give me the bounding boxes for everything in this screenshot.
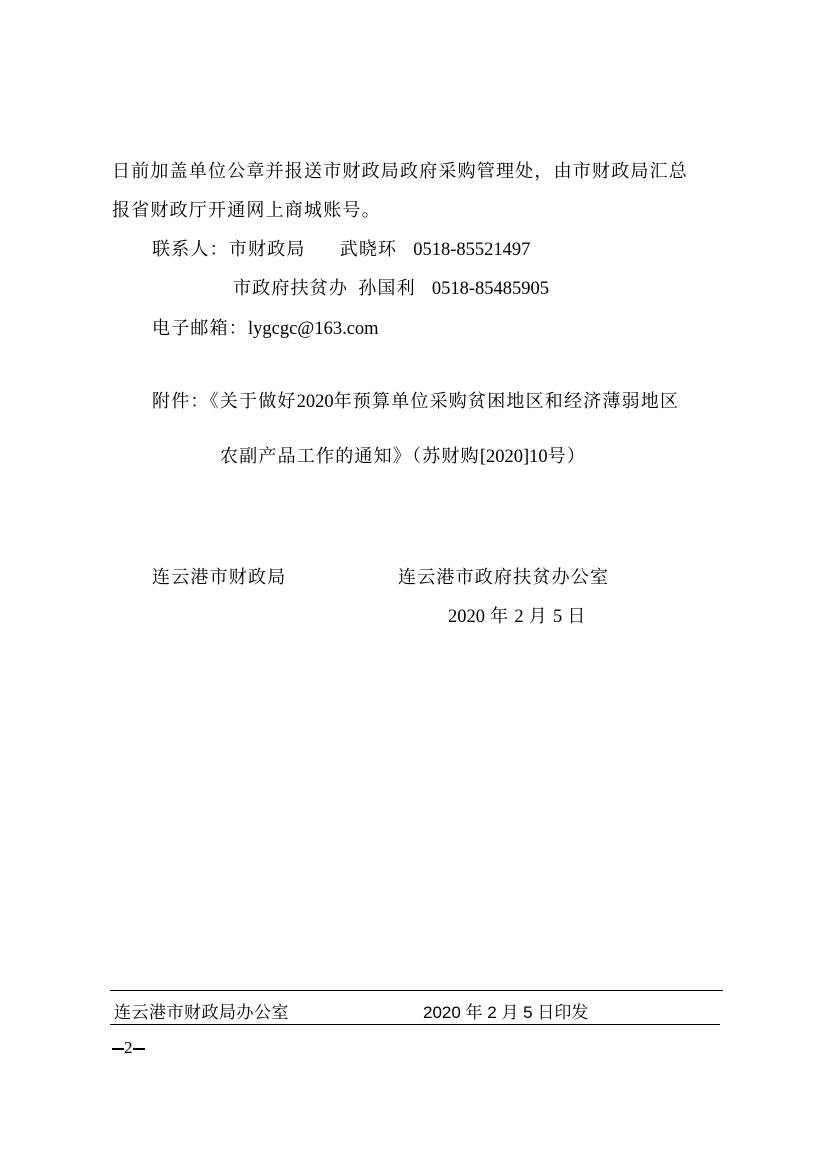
- date-unit: 月: [529, 606, 548, 627]
- attachment-title-part: 号）: [548, 446, 586, 467]
- page-number: 2: [112, 1038, 145, 1058]
- issuer-poverty-office: 连云港市政府扶贫办公室: [398, 563, 609, 589]
- date-unit: 年: [490, 606, 509, 627]
- attachment-label: 附件：: [152, 391, 210, 412]
- signature-date: 2020 年 2 月 5 日: [448, 602, 587, 628]
- email-label: 电子邮箱：: [152, 318, 248, 339]
- attachment-doc-ref: [2020]10: [480, 447, 548, 467]
- contact-org: 市财政局: [229, 239, 306, 260]
- contact-phone: 0518-85521497: [413, 240, 530, 260]
- attachment-title-year: 2020: [297, 392, 334, 412]
- dash-right: [133, 1048, 145, 1050]
- contact-phone: 0518-85485905: [432, 279, 549, 299]
- contact-org: 市政府扶贫办: [233, 278, 348, 299]
- footer-print-date: 2020 年 2 月 5 日印发: [423, 998, 588, 1023]
- attachment-line-2: 农副产品工作的通知》（苏财购[2020]10号）: [220, 442, 586, 468]
- attachment-title-part: 农副产品工作的通知》（苏财购: [220, 446, 480, 467]
- footer-top-rule: [110, 990, 723, 991]
- page-number-value: 2: [124, 1038, 133, 1057]
- date-day: 5: [553, 607, 562, 627]
- date-unit: 日: [567, 606, 586, 627]
- email-row: 电子邮箱：lygcgc@163.com: [152, 314, 379, 340]
- contact-name: 武晓环: [340, 239, 398, 260]
- body-paragraph-line-1: 日前加盖单位公章并报送市财政局政府采购管理处，由市财政局汇总: [112, 157, 688, 183]
- footer-bottom-rule: [110, 1024, 720, 1025]
- contact-label: 联系人：: [152, 239, 229, 260]
- contact-row-2: 市政府扶贫办孙国利0518-85485905: [233, 274, 549, 300]
- contact-name: 孙国利: [358, 278, 416, 299]
- attachment-title-part: 年预算单位采购贫困地区和经济薄弱地区: [334, 391, 680, 412]
- email-address: lygcgc@163.com: [248, 319, 379, 339]
- dash-left: [112, 1048, 124, 1050]
- date-month: 2: [514, 607, 523, 627]
- attachment-line-1: 附件：《关于做好2020年预算单位采购贫困地区和经济薄弱地区: [152, 387, 679, 413]
- date-year: 2020: [448, 607, 485, 627]
- contact-row-1: 联系人：市财政局武晓环0518-85521497: [152, 235, 530, 261]
- issuer-finance-bureau: 连云港市财政局: [152, 563, 286, 589]
- attachment-title-part: 《关于做好: [210, 391, 297, 412]
- body-paragraph-line-2: 报省财政厅开通网上商城账号。: [112, 196, 381, 222]
- footer-office: 连云港市财政局办公室: [114, 998, 289, 1023]
